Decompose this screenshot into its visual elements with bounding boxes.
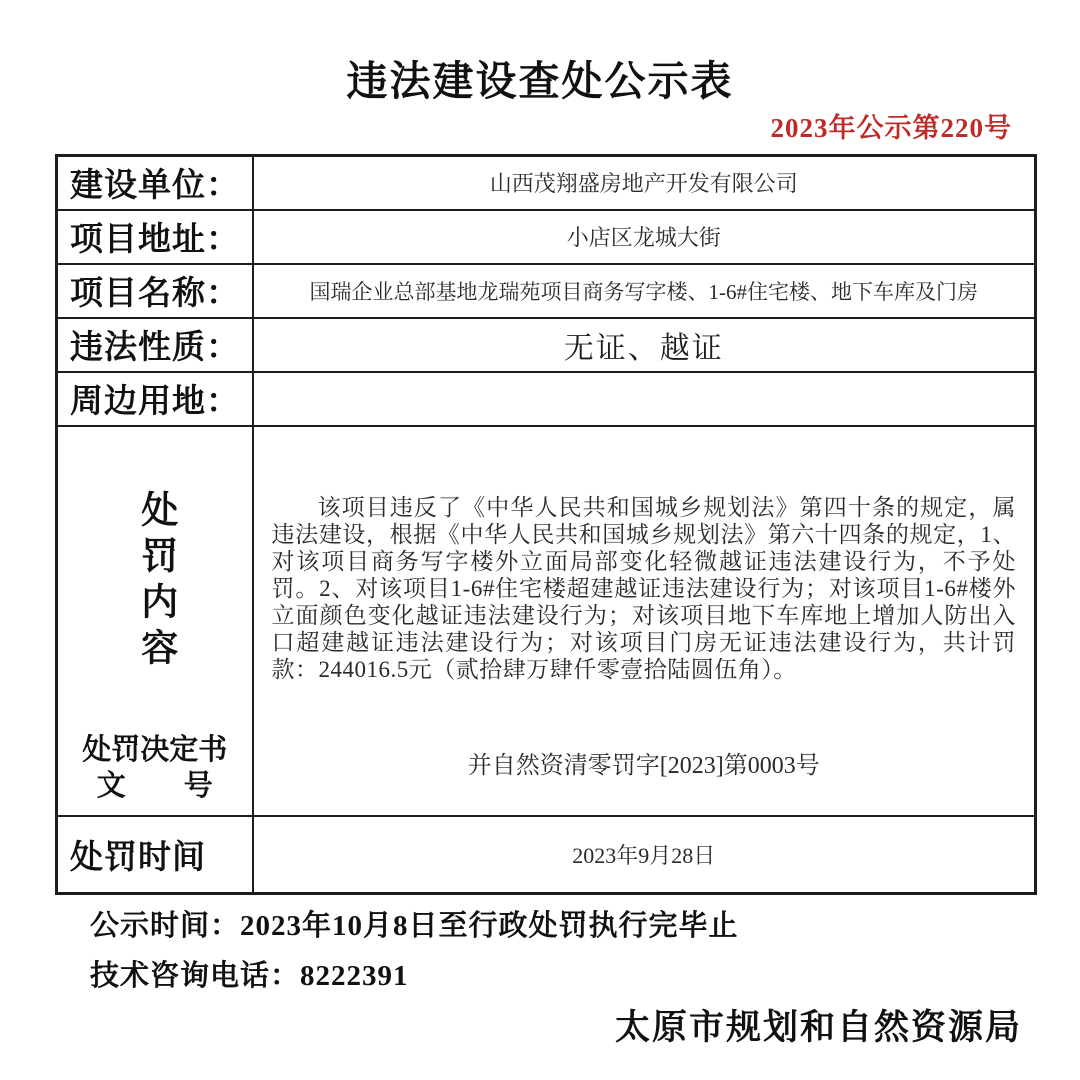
row-value-surrounding-land <box>253 372 1036 426</box>
notice-table: 建设单位： 山西茂翔盛房地产开发有限公司 项目地址： 小店区龙城大街 项目名称：… <box>55 154 1037 895</box>
row-label-surrounding-land: 周边用地： <box>57 372 253 426</box>
table-row-penalty: 处罚内容 处罚决定书 文 号 该项目违反了《中华人民共和国城乡规划法》第四十条的… <box>57 426 1036 816</box>
table-row: 项目名称： 国瑞企业总部基地龙瑞苑项目商务写字楼、1-6#住宅楼、地下车库及门房 <box>57 264 1036 318</box>
row-label-project-address: 项目地址： <box>57 210 253 264</box>
penalty-content-label: 处罚内容 <box>128 490 182 674</box>
table-row: 违法性质： 无证、越证 <box>57 318 1036 372</box>
penalty-label-stack: 处罚内容 处罚决定书 文 号 <box>58 428 252 814</box>
row-label-violation-nature: 违法性质： <box>57 318 253 372</box>
row-value-project-name: 国瑞企业总部基地龙瑞苑项目商务写字楼、1-6#住宅楼、地下车库及门房 <box>253 264 1036 318</box>
table-row: 项目地址： 小店区龙城大街 <box>57 210 1036 264</box>
row-label-construction-unit: 建设单位： <box>57 156 253 210</box>
issuing-agency-name: 太原市规划和自然资源局 <box>615 1000 1022 1050</box>
row-label-project-name: 项目名称： <box>57 264 253 318</box>
row-value-penalty-time: 2023年9月28日 <box>253 816 1036 894</box>
row-value-construction-unit: 山西茂翔盛房地产开发有限公司 <box>253 156 1036 210</box>
table-row: 周边用地： <box>57 372 1036 426</box>
penalty-content-cell: 该项目违反了《中华人民共和国城乡规划法》第四十条的规定，属违法建设，根据《中华人… <box>253 426 1036 816</box>
page-title: 违法建设查处公示表 <box>0 48 1080 107</box>
penalty-decision-doc-label: 处罚决定书 文 号 <box>82 732 227 804</box>
table-row: 处罚时间 2023年9月28日 <box>57 816 1036 894</box>
penalty-content-stack: 该项目违反了《中华人民共和国城乡规划法》第四十条的规定，属违法建设，根据《中华人… <box>254 428 1035 814</box>
penalty-decision-doc-number: 并自然资清零罚字[2023]第0003号 <box>264 745 1025 780</box>
row-label-penalty-time: 处罚时间 <box>57 816 253 894</box>
penalty-label-cell: 处罚内容 处罚决定书 文 号 <box>57 426 253 816</box>
consult-phone-text: 技术咨询电话：8222391 <box>90 953 409 994</box>
publicity-period-text: 公示时间：2023年10月8日至行政处罚执行完毕止 <box>90 903 739 944</box>
penalty-content-text: 该项目违反了《中华人民共和国城乡规划法》第四十条的规定，属违法建设，根据《中华人… <box>264 494 1025 683</box>
row-value-violation-nature: 无证、越证 <box>253 318 1036 372</box>
notice-number: 2023年公示第220号 <box>771 106 1013 145</box>
row-value-project-address: 小店区龙城大街 <box>253 210 1036 264</box>
notice-page: 违法建设查处公示表 2023年公示第220号 建设单位： 山西茂翔盛房地产开发有… <box>0 0 1080 1080</box>
table-row: 建设单位： 山西茂翔盛房地产开发有限公司 <box>57 156 1036 210</box>
